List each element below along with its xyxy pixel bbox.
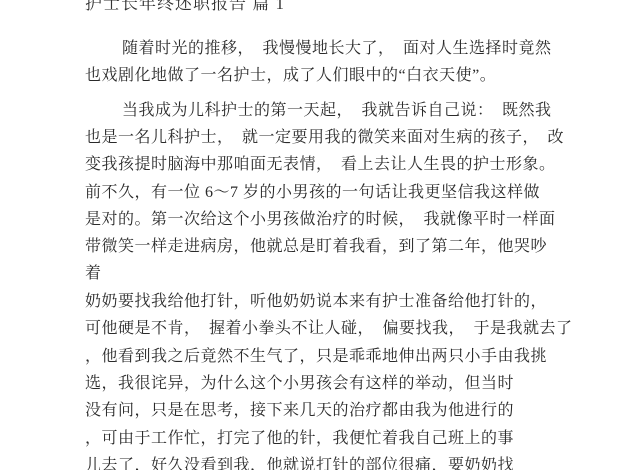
text-line: 可他硬是不肯， 握着小拳头不让人碰， 偏要找我， 于是我就去了 xyxy=(85,319,573,339)
text-line: ，可由于工作忙，打完了他的针，我便忙着我自己班上的事 xyxy=(85,429,514,449)
text-line: 前不久，有一位 6～7 岁的小男孩的一句话让我更坚信我这样做 xyxy=(85,183,540,203)
document-page: 护士长年终述职报告 篇 1 随着时光的推移， 我慢慢地长大了， 面对人生选择时竟… xyxy=(0,0,626,470)
text-line: 儿去了，好久没看到我，他就说打针的部位很痛，要奶奶找 xyxy=(85,456,514,470)
text-line: 是对的。第一次给这个小男孩做治疗的时候， 我就像平时一样面 xyxy=(85,210,556,230)
text-line: 选，我很诧异，为什么这个小男孩会有这样的举动，但当时 xyxy=(85,374,514,394)
text-line: 没有问，只是在思考，接下来几天的治疗都由我为他进行的 xyxy=(85,401,514,421)
text-line: 奶奶要找我给他打针，听他奶奶说本来有护士准备给他打针的， xyxy=(85,292,547,312)
text-line: 着 xyxy=(85,264,102,284)
text-line: 当我成为儿科护士的第一天起， 我就告诉自己说： 既然我 xyxy=(122,101,552,121)
text-line: 也戏剧化地做了一名护士，成了人们眼中的“白衣天使”。 xyxy=(85,66,496,86)
text-line: 带微笑一样走进病房，他就总是盯着我看，到了第二年，他哭吵 xyxy=(85,237,547,257)
text-line: 也是一名儿科护士， 就一定要用我的微笑来面对生病的孩子， 改 xyxy=(85,128,564,148)
text-line: 随着时光的推移， 我慢慢地长大了， 面对人生选择时竟然 xyxy=(122,39,552,59)
text-line: ，他看到我之后竟然不生气了，只是乖乖地伸出两只小手由我挑 xyxy=(85,347,547,367)
text-line: 变我孩提时脑海中那咱面无表情， 看上去让人生畏的护士形象。 xyxy=(85,155,556,175)
document-title: 护士长年终述职报告 篇 1 xyxy=(85,0,285,14)
